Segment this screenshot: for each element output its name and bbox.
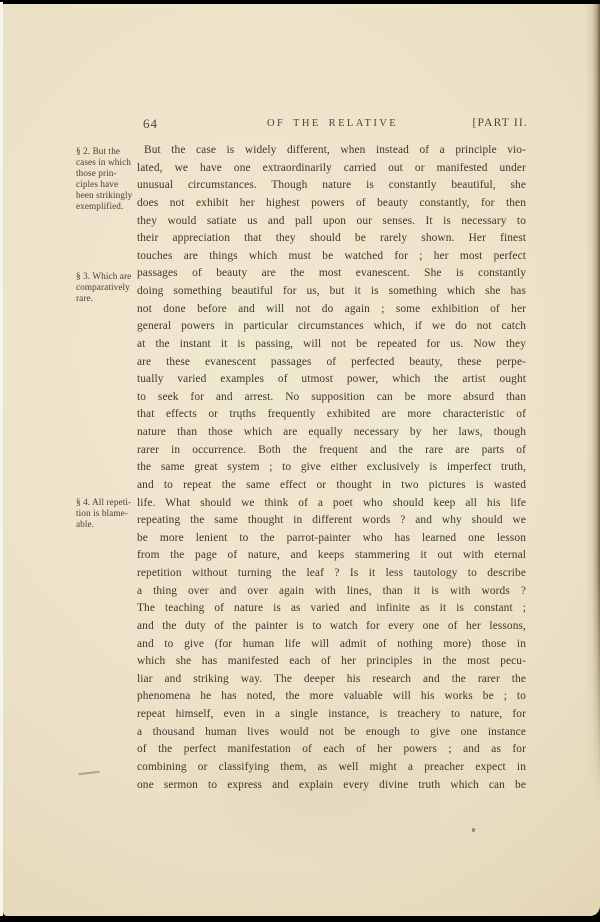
body-text-line: to seek for and arrest. No supposition c… xyxy=(137,389,526,407)
body-text-line: and to repeat the same effect or thought… xyxy=(137,477,526,495)
body-text-line: and the duty of the painter is to watch … xyxy=(137,618,526,636)
page-header: 64 OF THE RELATIVE [PART II. xyxy=(137,116,528,134)
body-text-line: The teaching of nature is as varied and … xyxy=(137,600,526,618)
body-text-line: not done before and will not do again ; … xyxy=(137,301,526,319)
body-text-line: tually varied examples of utmost power, … xyxy=(137,371,526,389)
body-text-line: doing something beautiful for us, but it… xyxy=(137,283,526,301)
body-text-line: phenomena he has noted, the more valuabl… xyxy=(137,688,526,706)
margin-note-line: those prin- xyxy=(76,168,138,179)
body-text-line: does not exhibit her highest powers of b… xyxy=(137,195,526,213)
margin-note-line: § 3. Which are xyxy=(76,271,138,282)
margin-note-line: exemplified. xyxy=(76,201,138,212)
body-text-line: nature than those which are equally nece… xyxy=(137,424,526,442)
margin-note-line: ciples have xyxy=(76,179,138,190)
body-text-line: touches are things which must be watched… xyxy=(137,248,526,266)
body-text-line: repeating the same thought in different … xyxy=(137,512,526,530)
margin-note-line: § 2. But the xyxy=(76,146,138,157)
body-text-line: of the perfect manifestation of each of … xyxy=(137,741,526,759)
scan-frame: 64 OF THE RELATIVE [PART II. § 2. But th… xyxy=(0,0,600,922)
body-text-line: one sermon to express and explain every … xyxy=(137,777,526,795)
margin-note-line: comparatively xyxy=(76,282,138,293)
body-text-line: unusual circumstances. Though nature is … xyxy=(137,177,526,195)
body-text-line: which she has manifested each of her pri… xyxy=(137,653,526,671)
body-text-line: general powers in particular circumstanc… xyxy=(137,318,526,336)
part-label: [PART II. xyxy=(473,117,528,129)
margin-note-line: cases in which xyxy=(76,157,138,168)
body-text-line: they would satiate us and pall upon our … xyxy=(137,213,526,231)
margin-note-section-2: § 2. But thecases in whichthose prin-cip… xyxy=(76,146,138,211)
margin-note-line: been strikingly xyxy=(76,190,138,201)
running-title: OF THE RELATIVE xyxy=(137,118,528,129)
body-text-line: a thousand human lives would not be enou… xyxy=(137,724,526,742)
page-edge-shadow xyxy=(586,4,600,804)
body-text-line: a thing over and over again with lines, … xyxy=(137,583,526,601)
body-text: But the case is widely different, when i… xyxy=(137,142,526,794)
body-text-line: combining or classifying them, as well m… xyxy=(137,759,526,777)
body-text-line: their appreciation that they should be r… xyxy=(137,230,526,248)
body-text-line: that effects or truths frequently exhibi… xyxy=(137,406,526,424)
body-text-line: life. What should we think of a poet who… xyxy=(137,495,526,513)
body-text-line: lated, we have one extraordinarily carri… xyxy=(137,160,526,178)
body-text-line: rarer in occurrence. Both the frequent a… xyxy=(137,442,526,460)
scanned-book-page: { "colors": { "paper": "#ece2c8", "ink":… xyxy=(0,0,600,922)
body-text-line: the same great system ; to give either e… xyxy=(137,459,526,477)
margin-note-section-3: § 3. Which arecomparativelyrare. xyxy=(76,271,138,304)
body-text-line: liar and striking way. The deeper his re… xyxy=(137,671,526,689)
scan-speck-artifact xyxy=(240,417,242,420)
margin-note-line: tion is blame- xyxy=(76,508,138,519)
body-text-line: from the page of nature, and keeps stamm… xyxy=(137,547,526,565)
body-text-line: passages of beauty are the most evanesce… xyxy=(137,265,526,283)
body-text-line: repetition without turning the leaf ? Is… xyxy=(137,565,526,583)
body-text-line: are these evanescent passages of perfect… xyxy=(137,354,526,372)
body-text-line: repeat himself, even in a single instanc… xyxy=(137,706,526,724)
margin-note-line: able. xyxy=(76,519,138,530)
body-text-line: be more lenient to the parrot-painter wh… xyxy=(137,530,526,548)
margin-note-line: § 4. All repeti- xyxy=(76,497,138,508)
body-text-line: at the instant it is passing, will not b… xyxy=(137,336,526,354)
body-text-line: But the case is widely different, when i… xyxy=(137,142,526,160)
margin-note-line: rare. xyxy=(76,293,138,304)
margin-note-section-4: § 4. All repeti-tion is blame-able. xyxy=(76,497,138,530)
body-text-line: and to give (for human life will admit o… xyxy=(137,636,526,654)
